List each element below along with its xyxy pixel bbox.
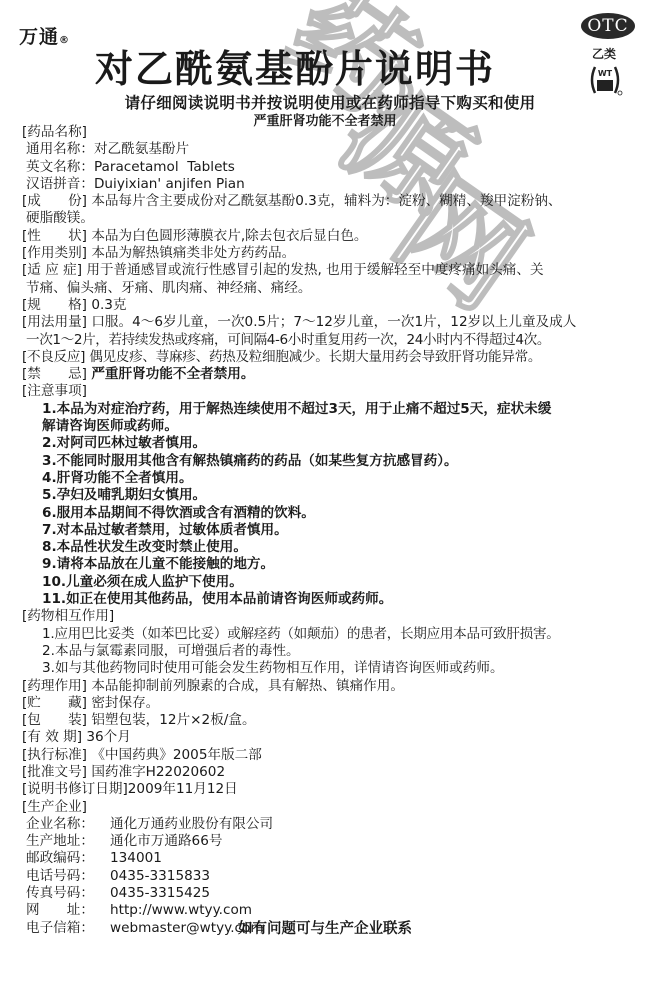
english-name-label: 英文名称： (26, 159, 94, 175)
dosage-row: [用法用量] 口服。4～6岁儿童，一次0.5片；7～12岁儿童，一次1片，12岁… (22, 314, 642, 331)
generic-name-label: 通用名称： (26, 141, 94, 157)
standard-row: [执行标准] 《中国药典》2005年版二部 (22, 747, 642, 764)
precautions-heading: [注意事项] (22, 383, 642, 400)
storage-row: [贮 藏] 密封保存。 (22, 695, 642, 712)
specification-value: 0.3克 (91, 297, 126, 313)
leaflet-body: [药品名称] 通用名称：对乙酰氨基酚片 英文名称：Paracetamol Tab… (22, 124, 642, 937)
registered-mark: ® (59, 35, 70, 46)
email-row: 电子信箱：webmaster@wtyy.com (22, 920, 642, 937)
brand-name: 万通 (19, 26, 59, 48)
manufacturer-name-label: 企业名称： (26, 816, 110, 833)
manufacturer-heading: [生产企业] (22, 799, 642, 816)
precaution-item: 1.本品为对症治疗药，用于解热连续使用不超过3天，用于止痛不超过5天，症状未缓 (22, 401, 642, 418)
precaution-item: 2.对阿司匹林过敏者慎用。 (22, 435, 642, 452)
ingredients-label: [成 份] (22, 193, 87, 209)
packaging-label: [包 装] (22, 712, 87, 728)
adverse-reactions-value: 偶见皮疹、荨麻疹、药热及粒细胞减少。长期大量用药会导致肝肾功能异常。 (89, 349, 541, 365)
precaution-item: 6.服用本品期间不得饮酒或含有酒精的饮料。 (22, 505, 642, 522)
contraindications-row: [禁 忌] 严重肝肾功能不全者禁用。 (22, 366, 642, 383)
precaution-item: 3.不能同时服用其他含有解热镇痛药的药品（如某些复方抗感冒药）。 (22, 453, 642, 470)
pharmacology-row: [药理作用] 本品能抑制前列腺素的合成，具有解热、镇痛作用。 (22, 678, 642, 695)
english-name-value: Paracetamol Tablets (94, 159, 235, 175)
pharmacology-label: [药理作用] (22, 678, 87, 694)
standard-value: 《中国药典》2005年版二部 (91, 747, 262, 763)
storage-value: 密封保存。 (91, 695, 159, 711)
precaution-item: 8.本品性状发生改变时禁止使用。 (22, 539, 642, 556)
precaution-item: 7.对本品过敏者禁用，过敏体质者慎用。 (22, 522, 642, 539)
english-name-row: 英文名称：Paracetamol Tablets (22, 159, 642, 176)
category-row: [作用类别] 本品为解热镇痛类非处方药药品。 (22, 245, 642, 262)
otc-badge: OTC (581, 13, 635, 39)
pinyin-value: Duiyixian' anjifen Pian (94, 176, 245, 192)
appearance-value: 本品为白色圆形薄膜衣片,除去包衣后显白色。 (91, 228, 367, 244)
ingredients-row: [成 份] 本品每片含主要成份对乙酰氨基酚0.3克，辅料为：淀粉、糊精、羧甲淀粉… (22, 193, 642, 210)
fax-row: 传真号码：0435-3315425 (22, 885, 642, 902)
approval-value: 国药准字H22020602 (91, 764, 225, 780)
postal-code-row: 邮政编码：134001 (22, 850, 642, 867)
phone-row: 电话号码：0435-3315833 (22, 868, 642, 885)
adverse-reactions-row: [不良反应] 偶见皮疹、荨麻疹、药热及粒细胞减少。长期大量用药会导致肝肾功能异常… (22, 349, 642, 366)
postal-code-value: 134001 (110, 850, 162, 866)
revision-date-value: 2009年11月12日 (128, 781, 238, 797)
category-value: 本品为解热镇痛类非处方药药品。 (91, 245, 295, 261)
adverse-reactions-label: [不良反应] (22, 349, 85, 365)
precaution-item: 5.孕妇及哺乳期妇女慎用。 (22, 487, 642, 504)
svg-text:WT: WT (598, 69, 613, 78)
dosage-continued: 一次1～2片，若持续发热或疼痛，可间隔4-6小时重复用药一次，24小时内不得超过… (22, 332, 642, 349)
precaution-item: 9.请将本品放在儿童不能接触的地方。 (22, 556, 642, 573)
precaution-item: 解请咨询医师或药师。 (22, 418, 642, 435)
dosage-value: 口服。4～6岁儿童，一次0.5片；7～12岁儿童，一次1片，12岁以上儿童及成人 (91, 314, 576, 330)
phone-label: 电话号码： (26, 868, 110, 885)
expiry-label: [有 效 期] (22, 729, 82, 745)
revision-date-row: [说明书修订日期]2009年11月12日 (22, 781, 642, 798)
indications-label: [适 应 症] (22, 262, 82, 278)
website-link[interactable]: http://www.wtyy.com (110, 902, 252, 918)
manufacturer-address-row: 生产地址：通化市万通路66号 (22, 833, 642, 850)
indications-continued: 节痛、偏头痛、牙痛、肌肉痛、神经痛、痛经。 (22, 280, 642, 297)
contraindications-value: 严重肝肾功能不全者禁用。 (91, 366, 254, 382)
packaging-value: 铝塑包装，12片×2板/盒。 (91, 712, 255, 728)
pinyin-row: 汉语拼音：Duiyixian' anjifen Pian (22, 176, 642, 193)
ingredients-value: 本品每片含主要成份对乙酰氨基酚0.3克，辅料为：淀粉、糊精、羧甲淀粉钠、 (91, 193, 561, 209)
indications-row: [适 应 症] 用于普通感冒或流行性感冒引起的发热, 也用于缓解轻至中度疼痛如头… (22, 262, 642, 279)
page-title: 对乙酰氨基酚片说明书 (95, 38, 440, 93)
manufacturer-address-label: 生产地址： (26, 833, 110, 850)
indications-value: 用于普通感冒或流行性感冒引起的发热, 也用于缓解轻至中度疼痛如头痛、关 (86, 262, 543, 278)
manufacturer-name-row: 企业名称：通化万通药业股份有限公司 (22, 816, 642, 833)
email-link[interactable]: webmaster@wtyy.com (110, 920, 264, 936)
fax-value: 0435-3315425 (110, 885, 210, 901)
postal-code-label: 邮政编码： (26, 850, 110, 867)
appearance-row: [性 状] 本品为白色圆形薄膜衣片,除去包衣后显白色。 (22, 228, 642, 245)
expiry-row: [有 效 期] 36个月 (22, 729, 642, 746)
manufacturer-name-value: 通化万通药业股份有限公司 (110, 816, 273, 832)
category-label: [作用类别] (22, 245, 87, 261)
fax-label: 传真号码： (26, 885, 110, 902)
website-row: 网 址：http://www.wtyy.com (22, 902, 642, 919)
expiry-value: 36个月 (86, 729, 131, 745)
interaction-item: 1.应用巴比妥类（如苯巴比妥）或解痉药（如颠茄）的患者，长期应用本品可致肝损害。 (22, 626, 642, 643)
interaction-item: 3.如与其他药物同时使用可能会发生药物相互作用，详情请咨询医师或药师。 (22, 660, 642, 677)
packaging-row: [包 装] 铝塑包装，12片×2板/盒。 (22, 712, 642, 729)
standard-label: [执行标准] (22, 747, 87, 763)
website-label: 网 址： (26, 902, 110, 919)
email-label: 电子信箱： (26, 920, 110, 937)
otc-class-label: 乙类 (592, 45, 616, 62)
precaution-item: 10.儿童必须在成人监护下使用。 (22, 574, 642, 591)
pinyin-label: 汉语拼音： (26, 176, 94, 192)
dosage-label: [用法用量] (22, 314, 87, 330)
specification-row: [规 格] 0.3克 (22, 297, 642, 314)
precaution-item: 4.肝肾功能不全者慎用。 (22, 470, 642, 487)
ingredients-continued: 硬脂酸镁。 (22, 210, 642, 227)
precaution-item: 11.如正在使用其他药品，使用本品前请咨询医师或药师。 (22, 591, 642, 608)
appearance-label: [性 状] (22, 228, 87, 244)
generic-name-row: 通用名称：对乙酰氨基酚片 (22, 141, 642, 158)
storage-label: [贮 藏] (22, 695, 87, 711)
revision-date-label: [说明书修订日期] (22, 781, 128, 797)
pharmacology-value: 本品能抑制前列腺素的合成，具有解热、镇痛作用。 (91, 678, 404, 694)
approval-label: [批准文号] (22, 764, 87, 780)
section-drug-name-heading: [药品名称] (22, 124, 642, 141)
generic-name-value: 对乙酰氨基酚片 (94, 141, 189, 157)
interaction-item: 2.本品与氯霉素同服，可增强后者的毒性。 (22, 643, 642, 660)
brand-logo: 万通® (19, 22, 70, 49)
approval-row: [批准文号] 国药准字H22020602 (22, 764, 642, 781)
precautions-list: 1.本品为对症治疗药，用于解热连续使用不超过3天，用于止痛不超过5天，症状未缓 … (22, 401, 642, 609)
manufacturer-address-value: 通化市万通路66号 (110, 833, 222, 849)
contraindications-label: [禁 忌] (22, 366, 87, 382)
interactions-heading: [药物相互作用] (22, 608, 642, 625)
phone-value: 0435-3315833 (110, 868, 210, 884)
specification-label: [规 格] (22, 297, 87, 313)
